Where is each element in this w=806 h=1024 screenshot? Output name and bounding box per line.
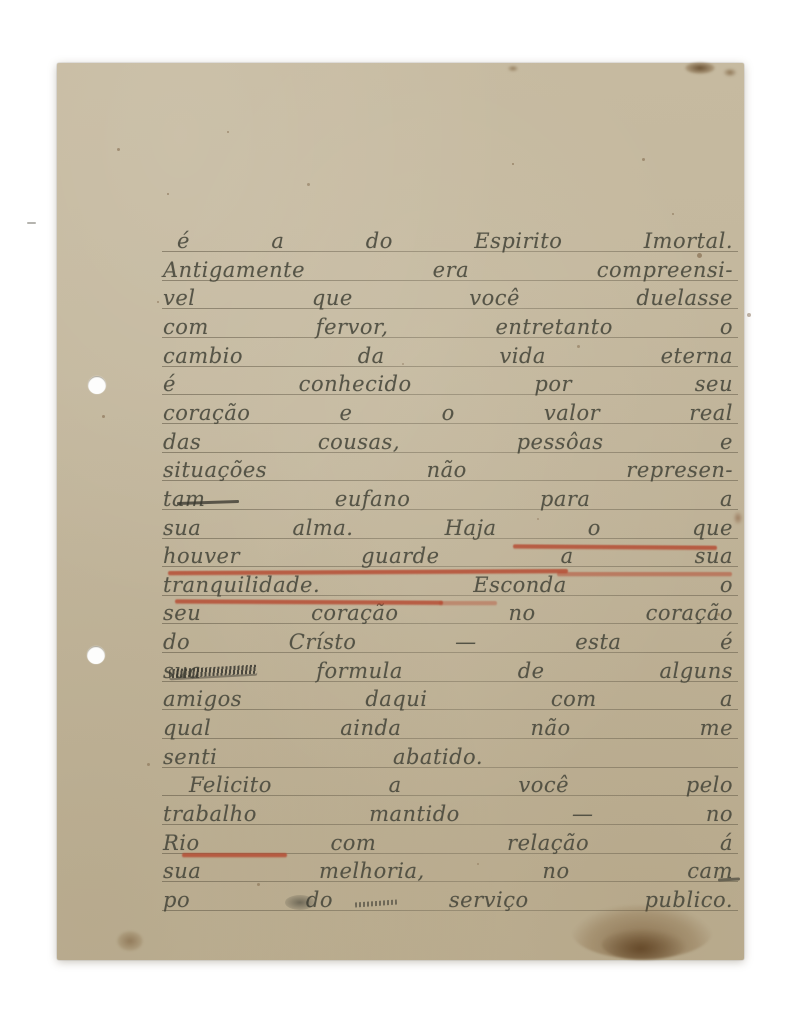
foxing-speck [402, 363, 404, 365]
handwritten-line-4: com fervor, entretanto o [163, 312, 733, 342]
foxing-speck [257, 883, 260, 886]
handwriting-layer: é a do Espirito Imortal.Antigamente era … [57, 63, 744, 960]
handwritten-line-10: tam eufano para a [163, 484, 733, 514]
stain-right-edge [733, 511, 743, 525]
foxing-speck [537, 518, 539, 520]
stain-bottom-center-dark [602, 929, 687, 960]
handwritten-line-3: vel que você duelasse [163, 283, 733, 313]
foxing-speck [717, 613, 720, 616]
handwritten-line-6: é conhecido por seu [163, 369, 733, 399]
foxing-speck [477, 863, 479, 865]
handwritten-line-20: Felicito a você pelo [189, 770, 733, 800]
stray-pencil-mark [27, 222, 36, 224]
foxing-speck [747, 313, 751, 317]
handwritten-line-19: senti abatido. [163, 742, 483, 772]
red-underline-sua [557, 572, 732, 576]
handwritten-line-5: cambio da vida eterna [163, 341, 733, 371]
handwritten-line-17: amigos daqui com a [163, 684, 733, 714]
punch-hole-top [88, 376, 106, 394]
foxing-speck [197, 703, 199, 705]
foxing-speck [577, 345, 580, 348]
handwritten-line-15: do Crísto — esta é [163, 627, 733, 657]
handwritten-line-9: situações não represen- [163, 455, 733, 485]
foxing-speck [227, 131, 229, 133]
foxing-speck [157, 301, 159, 303]
punch-hole-bottom [87, 646, 105, 664]
foxing-speck [642, 158, 645, 161]
foxing-speck [147, 763, 150, 766]
stain-top-small [507, 65, 519, 72]
stain-top-corner [723, 68, 737, 77]
foxing-speck [117, 148, 120, 151]
foxing-speck [512, 163, 514, 165]
foxing-speck [307, 183, 310, 186]
handwritten-line-8: das cousas, pessôas e [163, 427, 733, 457]
stain-top-right [685, 62, 715, 74]
foxing-speck [167, 193, 169, 195]
stain-bottom-left [117, 931, 143, 951]
handwritten-line-23: sua melhoria, no cam [163, 856, 733, 886]
red-underline-rio [182, 853, 287, 857]
foxing-speck [672, 213, 674, 215]
handwritten-line-18: qual ainda não me [163, 713, 733, 743]
foxing-speck [697, 253, 702, 258]
scan-background: é a do Espirito Imortal.Antigamente era … [0, 0, 806, 1024]
handwritten-line-2: Antigamente era compreensi- [163, 255, 733, 285]
handwritten-line-7: coração e o valor real [163, 398, 733, 428]
handwritten-line-1: é a do Espirito Imortal. [177, 226, 733, 256]
letter-page: é a do Espirito Imortal.Antigamente era … [57, 63, 744, 960]
ink-blot-on-do [285, 895, 315, 910]
foxing-speck [102, 415, 105, 418]
handwritten-line-11: sua alma. Haja o que [163, 513, 733, 543]
foxing-speck [307, 643, 309, 645]
red-underline-tranquilidade-fade [439, 601, 497, 605]
handwritten-line-21: trabalho mantido — no [163, 799, 733, 829]
